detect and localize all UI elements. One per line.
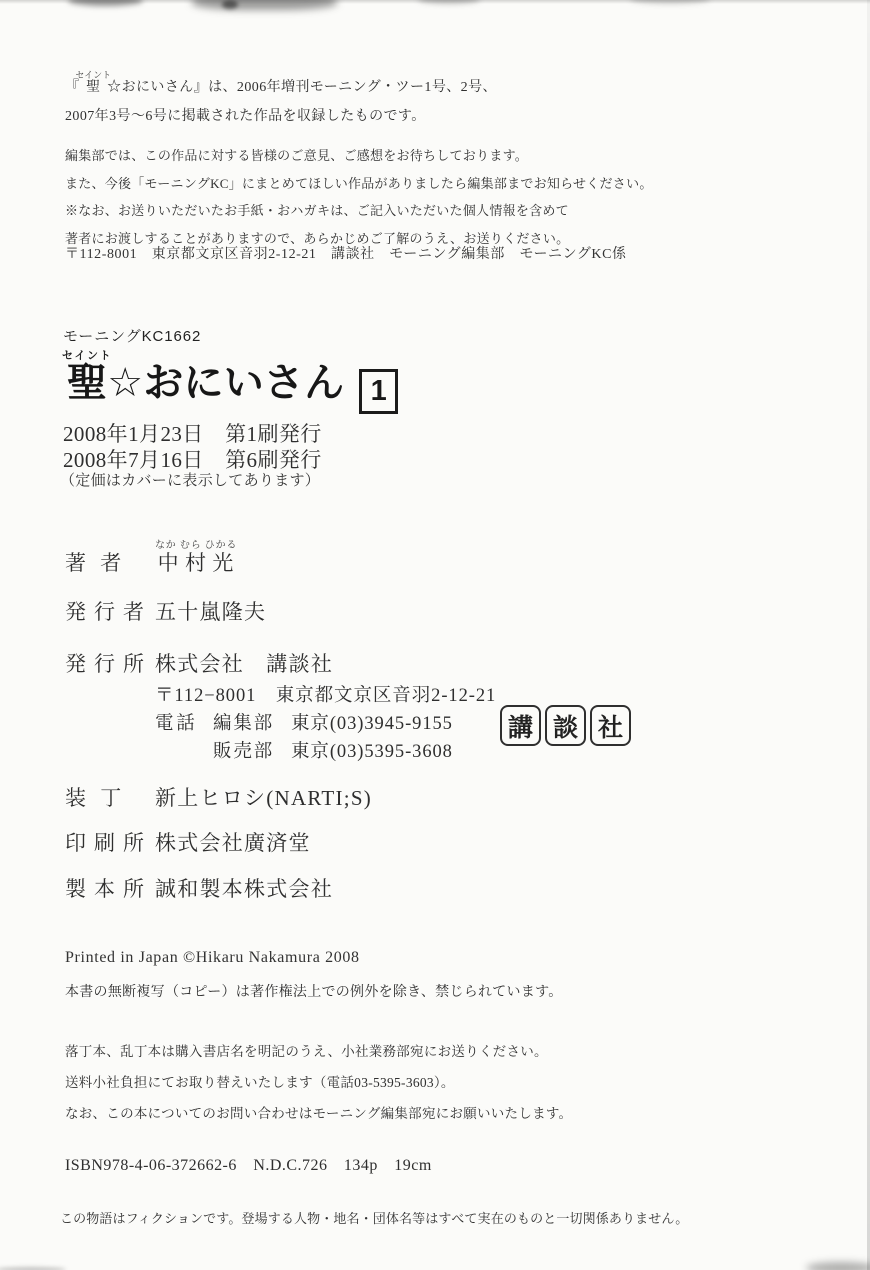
printed-in-japan: Printed in Japan ©Hikaru Nakamura 2008 (65, 949, 360, 967)
colophon-page: 『聖セイント☆おにいさん』は、2006年増刊モーニング・ツー1号、2号、 200… (0, 0, 870, 1270)
serialization-note: 『聖セイント☆おにいさん』は、2006年増刊モーニング・ツー1号、2号、 200… (65, 70, 497, 131)
author-name-ruby: 中村光なか むら ひかる (155, 551, 237, 575)
serialization-note-line2: 2007年3号〜6号に掲載された作品を収録したものです。 (65, 102, 497, 131)
serialization-note-line1: 『聖セイント☆おにいさん』は、2006年増刊モーニング・ツー1号、2号、 (65, 70, 497, 102)
title-rest: ☆おにいさん (107, 361, 344, 405)
publisher-address: 〒112−8001 東京都文京区音羽2-12-21 (155, 681, 496, 707)
scan-artifact-top-edge (0, 0, 870, 4)
furigana: セイント (75, 70, 111, 80)
feedback-note: 編集部では、この作品に対する皆様のご意見、ご感想をお待ちしております。 また、今… (65, 142, 653, 252)
binder-name: 誠和製本株式会社 (155, 877, 333, 901)
row-label: 発行者 (65, 596, 155, 626)
designer-name: 新上ヒロシ(NARTI;S) (155, 786, 372, 810)
kodansha-logo: 講 談 社 (500, 705, 631, 746)
title-kanji: 聖 (62, 361, 112, 405)
publisher-tel-editorial: 電話編集部東京(03)3945-9155 (155, 709, 453, 735)
scan-artifact-smudge (222, 0, 238, 9)
feedback-line: 編集部では、この作品に対する皆様のご意見、ご感想をお待ちしております。 (65, 142, 653, 170)
text-fragment: ☆おにいさん』は、2006年増刊モーニング・ツー1号、2号、 (107, 80, 497, 95)
row-label: 著者 (65, 547, 155, 577)
series-code: モーニングKC1662 (63, 325, 201, 346)
returns-note: 落丁本、乱丁本は購入書店名を明記のうえ、小社業務部宛にお送りください。 送料小社… (65, 1036, 572, 1129)
tel-dept: 編集部 (213, 709, 291, 735)
tel-dept: 販売部 (213, 737, 291, 763)
row-publisher-person: 発行者五十嵐隆夫 (65, 596, 266, 626)
tel-number: 東京(03)3945-9155 (291, 714, 453, 734)
row-printer: 印刷所株式会社廣済堂 (65, 827, 311, 857)
price-note: （定価はカバーに表示してあります） (60, 469, 320, 490)
scan-artifact-corner (806, 1262, 870, 1270)
tel-label: 電話 (155, 709, 213, 735)
publisher-name: 株式会社 講談社 (155, 652, 333, 676)
row-binder: 製本所誠和製本株式会社 (65, 873, 333, 903)
book-title-ruby: 聖セイント (62, 361, 107, 405)
feedback-line: また、今後「モーニングKC」にまとめてほしい作品がありましたら編集部までお知らせ… (65, 170, 653, 198)
row-label: 印刷所 (65, 827, 155, 857)
kodansha-logo-char: 社 (590, 705, 631, 746)
kodansha-logo-char: 談 (545, 705, 586, 746)
editorial-address: 〒112-8001 東京都文京区音羽2-12-21 講談社 モーニング編集部 モ… (65, 243, 627, 263)
scan-artifact-smudge (630, 0, 710, 4)
row-author: 著者中村光なか むら ひかる (65, 540, 237, 577)
returns-line: 落丁本、乱丁本は購入書店名を明記のうえ、小社業務部宛にお送りください。 (65, 1036, 572, 1067)
fiction-disclaimer: この物語はフィクションです。登場する人物・地名・団体名等はすべて実在のものと一切… (60, 1208, 688, 1227)
publisher-tel-sales: 販売部東京(03)5395-3608 (155, 737, 453, 763)
kodansha-logo-char: 講 (500, 705, 541, 746)
scan-artifact-smudge (192, 0, 337, 10)
row-publisher: 発行所株式会社 講談社 (65, 648, 333, 678)
scan-artifact-smudge (418, 0, 480, 4)
isbn-line: ISBN978-4-06-372662-6 N.D.C.726 134p 19c… (65, 1152, 432, 1175)
author-name: 中村光 (155, 551, 237, 575)
row-label: 装丁 (65, 782, 155, 812)
tel-number: 東京(03)5395-3608 (291, 742, 453, 762)
publisher-person-name: 五十嵐隆夫 (155, 600, 266, 624)
printer-name: 株式会社廣済堂 (155, 831, 311, 855)
copyright-note: 本書の無断複写（コピー）は著作権法上での例外を除き、禁じられています。 (65, 981, 563, 1001)
furigana: セイント (62, 350, 112, 362)
scan-artifact-smudge (68, 0, 143, 6)
row-design: 装丁新上ヒロシ(NARTI;S) (65, 782, 372, 812)
volume-number-box: 1 (359, 369, 398, 414)
returns-line: 送料小社負担にてお取り替えいたします（電話03-5395-3603）。 (65, 1067, 572, 1098)
returns-line: なお、この本についてのお問い合わせはモーニング編集部宛にお願いいたします。 (65, 1098, 572, 1129)
row-label: 製本所 (65, 873, 155, 903)
furigana: なか むら ひかる (155, 540, 237, 551)
feedback-line: ※なお、お送りいただいたお手紙・おハガキは、ご記入いただいた個人情報を含めて (65, 197, 653, 225)
text-fragment: 聖 (75, 80, 111, 95)
row-label: 発行所 (65, 648, 155, 678)
printing-dates: 2008年1月23日 第1刷発行 2008年7月16日 第6刷発行 (63, 421, 322, 473)
printing-date-first: 2008年1月23日 第1刷発行 (63, 421, 322, 447)
title-ruby-inline: 聖セイント (79, 80, 107, 95)
book-title: 聖セイント☆おにいさん1 (62, 350, 398, 414)
